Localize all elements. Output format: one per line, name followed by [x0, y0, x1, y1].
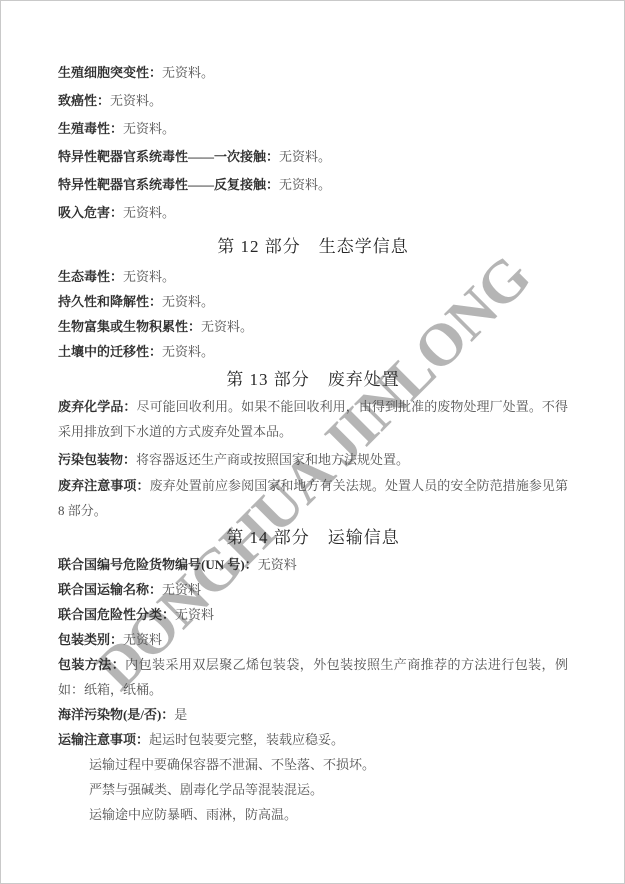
field-row: 生殖毒性：无资料。	[58, 115, 568, 143]
field-value: 无资料。	[123, 205, 175, 220]
field-row: 联合国危险性分类：无资料	[58, 602, 568, 627]
sds-document-page: DONGHUA JINLONG 生殖细胞突变性：无资料。 致癌性：无资料。 生殖…	[0, 0, 625, 884]
field-paragraph: 污染包装物：将容器返还生产商或按照国家和地方法规处置。	[58, 447, 568, 472]
field-label: 污染包装物：	[58, 452, 136, 467]
field-label: 海洋污染物(是/否)：	[58, 707, 174, 722]
transport-note: 运输途中应防暴晒、雨淋，防高温。	[58, 802, 568, 827]
field-label: 生殖细胞突变性：	[58, 65, 162, 80]
field-label: 包装方法：	[58, 657, 125, 672]
field-label: 生殖毒性：	[58, 121, 123, 136]
section-13-title: 第 13 部分 废弃处置	[58, 367, 568, 392]
field-label: 运输注意事项：	[58, 732, 149, 747]
field-label: 废弃注意事项：	[58, 478, 150, 493]
field-label: 联合国危险性分类：	[58, 607, 175, 622]
field-label: 生态毒性：	[58, 269, 123, 284]
field-value: 内包装采用双层聚乙烯包装袋，外包装按照生产商推荐的方法进行包装，例如：纸箱，纸桶…	[58, 657, 568, 697]
field-row: 吸入危害：无资料。	[58, 199, 568, 227]
field-value: 将容器返还生产商或按照国家和地方法规处置。	[136, 452, 409, 467]
section-14-title: 第 14 部分 运输信息	[58, 525, 568, 550]
field-value: 起运时包装要完整，装载应稳妥。	[149, 732, 344, 747]
field-row: 联合国编号危险货物编号(UN 号)：无资料	[58, 552, 568, 577]
field-row: 联合国运输名称：无资料	[58, 577, 568, 602]
transport-note: 运输过程中要确保容器不泄漏、不坠落、不损坏。	[58, 752, 568, 777]
field-row: 包装类别：无资料	[58, 627, 568, 652]
field-label: 持久性和降解性：	[58, 294, 162, 309]
field-value: 无资料。	[201, 319, 253, 334]
field-row: 生殖细胞突变性：无资料。	[58, 59, 568, 87]
field-row: 特异性靶器官系统毒性——反复接触：无资料。	[58, 171, 568, 199]
field-value: 无资料。	[162, 294, 214, 309]
field-value: 无资料。	[123, 121, 175, 136]
field-label: 联合国编号危险货物编号(UN 号)：	[58, 557, 258, 572]
field-value: 无资料。	[162, 65, 214, 80]
field-value: 无资料。	[279, 149, 331, 164]
field-value: 无资料	[123, 632, 162, 647]
field-row: 持久性和降解性：无资料。	[58, 289, 568, 314]
field-label: 联合国运输名称：	[58, 582, 162, 597]
field-value: 无资料。	[110, 93, 162, 108]
field-paragraph: 废弃化学品：尽可能回收利用。如果不能回收利用，由得到批准的废物处理厂处置。不得采…	[58, 394, 568, 444]
field-label: 废弃化学品：	[58, 399, 136, 414]
field-label: 致癌性：	[58, 93, 110, 108]
field-label: 特异性靶器官系统毒性——一次接触：	[58, 149, 279, 164]
field-row: 运输注意事项：起运时包装要完整，装载应稳妥。	[58, 727, 568, 752]
field-value: 无资料	[258, 557, 297, 572]
section-12-title: 第 12 部分 生态学信息	[58, 234, 568, 259]
field-label: 生物富集或生物积累性：	[58, 319, 201, 334]
field-row: 特异性靶器官系统毒性——一次接触：无资料。	[58, 143, 568, 171]
field-label: 土壤中的迁移性：	[58, 344, 162, 359]
document-content: 生殖细胞突变性：无资料。 致癌性：无资料。 生殖毒性：无资料。 特异性靶器官系统…	[1, 1, 624, 827]
field-value: 无资料	[175, 607, 214, 622]
field-row: 海洋污染物(是/否)：是	[58, 702, 568, 727]
field-label: 包装类别：	[58, 632, 123, 647]
field-row: 生物富集或生物积累性：无资料。	[58, 314, 568, 339]
field-value: 无资料	[162, 582, 201, 597]
field-value: 无资料。	[123, 269, 175, 284]
transport-note: 严禁与强碱类、剧毒化学品等混装混运。	[58, 777, 568, 802]
field-row: 土壤中的迁移性：无资料。	[58, 339, 568, 364]
field-row: 生态毒性：无资料。	[58, 264, 568, 289]
field-row: 致癌性：无资料。	[58, 87, 568, 115]
field-paragraph: 包装方法：内包装采用双层聚乙烯包装袋，外包装按照生产商推荐的方法进行包装，例如：…	[58, 652, 568, 702]
field-value: 是	[174, 707, 187, 722]
field-value: 无资料。	[162, 344, 214, 359]
field-paragraph: 废弃注意事项：废弃处置前应参阅国家和地方有关法规。处置人员的安全防范措施参见第 …	[58, 473, 568, 523]
field-value: 无资料。	[279, 177, 331, 192]
field-label: 特异性靶器官系统毒性——反复接触：	[58, 177, 279, 192]
field-label: 吸入危害：	[58, 205, 123, 220]
